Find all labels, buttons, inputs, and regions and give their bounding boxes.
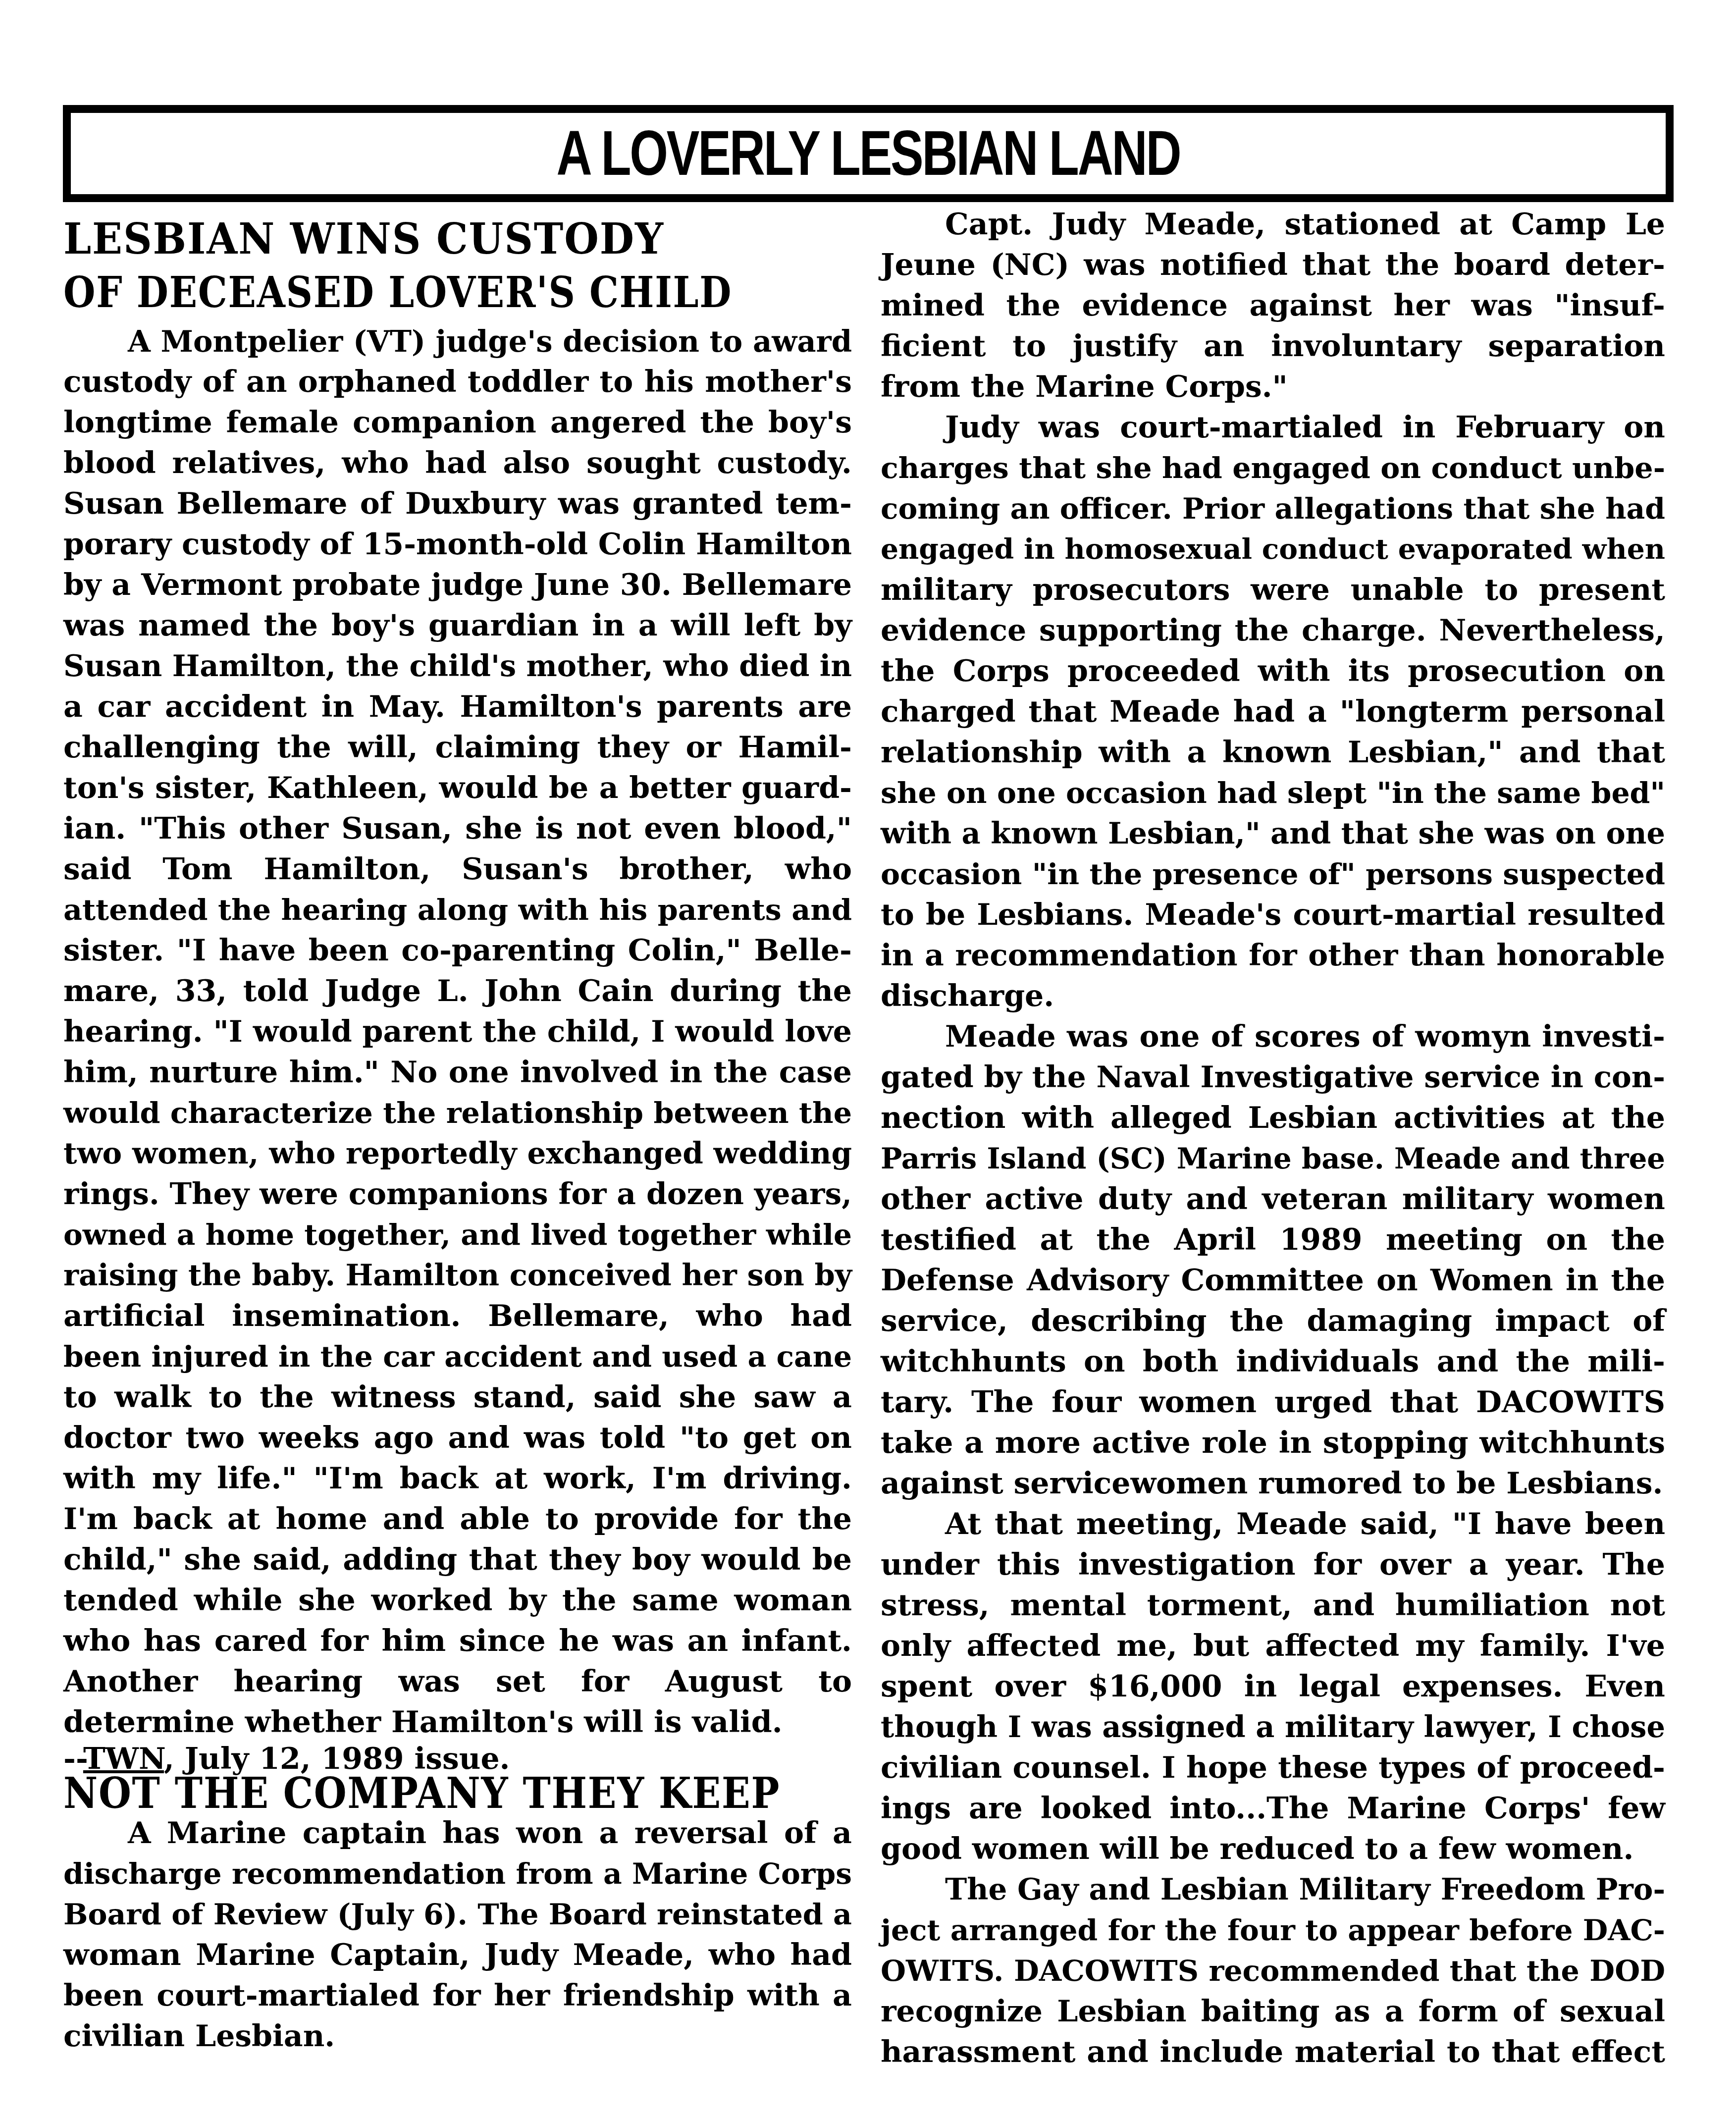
body-line: Jeune (NC) was notified that the board d…: [881, 245, 1665, 285]
body-line: engaged in homosexual conduct evaporated…: [881, 529, 1665, 570]
body-line: mined the evidence against her was "insu…: [881, 285, 1665, 326]
body-line: civilian Lesbian.: [63, 2016, 852, 2057]
body-line: rings. They were companions for a dozen …: [63, 1174, 852, 1215]
body-line: porary custody of 15-month-old Colin Ham…: [63, 524, 852, 565]
body-line: owned a home together, and lived togethe…: [63, 1215, 852, 1255]
body-line: longtime female companion angered the bo…: [63, 402, 852, 443]
body-line: Susan Bellemare of Duxbury was granted t…: [63, 483, 852, 524]
body-line: recognize Lesbian baiting as a form of s…: [881, 1991, 1665, 2032]
body-line: ject arranged for the four to appear bef…: [881, 1910, 1665, 1951]
body-line: coming an officer. Prior allegations tha…: [881, 488, 1665, 529]
body-line: tary. The four women urged that DACOWITS: [881, 1382, 1665, 1423]
body-line: take a more active role in stopping witc…: [881, 1423, 1665, 1463]
body-line: The Gay and Lesbian Military Freedom Pro…: [881, 1869, 1665, 1910]
body-line: only affected me, but affected my family…: [881, 1626, 1665, 1666]
body-line: Susan Hamilton, the child's mother, who …: [63, 646, 852, 687]
body-line: two women, who reportedly exchanged wedd…: [63, 1133, 852, 1174]
article1-headline-line1: LESBIAN WINS CUSTODY: [63, 218, 797, 261]
body-line: evidence supporting the charge. Neverthe…: [881, 610, 1665, 651]
body-line: charges that she had engaged on conduct …: [881, 448, 1665, 488]
body-line: under this investigation for over a year…: [881, 1544, 1665, 1585]
body-line: woman Marine Captain, Judy Meade, who ha…: [63, 1935, 852, 1975]
body-line: Defense Advisory Committee on Women in t…: [881, 1260, 1665, 1301]
body-line: hearing. "I would parent the child, I wo…: [63, 1011, 852, 1052]
body-line: to walk to the witness stand, said she s…: [63, 1377, 852, 1418]
body-line: with a known Lesbian," and that she was …: [881, 813, 1665, 854]
body-line: good women will be reduced to a few wome…: [881, 1829, 1665, 1869]
body-line: a car accident in May. Hamilton's parent…: [63, 687, 852, 727]
body-line: tended while she worked by the same woma…: [63, 1580, 852, 1621]
body-line: artificial insemination. Bellemare, who …: [63, 1296, 852, 1336]
body-line: witchhunts on both individuals and the m…: [881, 1341, 1665, 1382]
body-line: discharge.: [881, 976, 1665, 1016]
body-line: nection with alleged Lesbian activities …: [881, 1098, 1665, 1138]
body-line: challenging the will, claiming they or H…: [63, 727, 852, 768]
body-line: military prosecutors were unable to pres…: [881, 570, 1665, 610]
body-line: been injured in the car accident and use…: [63, 1336, 852, 1377]
body-line: Capt. Judy Meade, stationed at Camp Le: [881, 204, 1665, 245]
body-line: though I was assigned a military lawyer,…: [881, 1707, 1665, 1747]
body-line: harassment and include material to that …: [881, 2032, 1665, 2072]
body-line: the Corps proceeded with its prosecution…: [881, 651, 1665, 691]
body-line: gated by the Naval Investigative service…: [881, 1057, 1665, 1098]
body-line: civilian counsel. I hope these types of …: [881, 1747, 1665, 1788]
body-line: been court-martialed for her friendship …: [63, 1975, 852, 2016]
body-line: At that meeting, Meade said, "I have bee…: [881, 1504, 1665, 1544]
body-line: occasion "in the presence of" persons su…: [881, 854, 1665, 895]
body-line: ings are looked into...The Marine Corps'…: [881, 1788, 1665, 1829]
body-line: raising the baby. Hamilton conceived her…: [63, 1255, 852, 1296]
body-line: from the Marine Corps.": [881, 367, 1665, 407]
body-line: against servicewomen rumored to be Lesbi…: [881, 1463, 1665, 1504]
body-line: Another hearing was set for August to: [63, 1661, 852, 1702]
body-line: charged that Meade had a "longterm perso…: [881, 691, 1665, 732]
body-line: child," she said, adding that they boy w…: [63, 1539, 852, 1580]
body-line: mare, 33, told Judge L. John Cain during…: [63, 971, 852, 1011]
body-line: Parris Island (SC) Marine base. Meade an…: [881, 1138, 1665, 1179]
body-line: Board of Review (July 6). The Board rein…: [63, 1894, 852, 1935]
body-line: discharge recommendation from a Marine C…: [63, 1853, 852, 1894]
body-line: custody of an orphaned toddler to his mo…: [63, 362, 852, 402]
body-line: would characterize the relationship betw…: [63, 1093, 852, 1133]
body-line: Judy was court-martialed in February on: [881, 407, 1665, 448]
body-line: spent over $16,000 in legal expenses. Ev…: [881, 1666, 1665, 1707]
body-line: I'm back at home and able to provide for…: [63, 1499, 852, 1539]
body-line: doctor two weeks ago and was told "to ge…: [63, 1418, 852, 1458]
body-line: A Montpelier (VT) judge's decision to aw…: [63, 321, 852, 362]
body-line: OWITS. DACOWITS recommended that the DOD: [881, 1951, 1665, 1991]
body-line: ian. "This other Susan, she is not even …: [63, 808, 852, 849]
article2-headline: NOT THE COMPANY THEY KEEP: [63, 1772, 757, 1815]
body-line: stress, mental torment, and humiliation …: [881, 1585, 1665, 1626]
body-line: relationship with a known Lesbian," and …: [881, 732, 1665, 773]
body-line: other active duty and veteran military w…: [881, 1179, 1665, 1219]
body-line: ficient to justify an involuntary separa…: [881, 326, 1665, 367]
body-line: testified at the April 1989 meeting on t…: [881, 1219, 1665, 1260]
body-line: him, nurture him." No one involved in th…: [63, 1052, 852, 1093]
body-line: who has cared for him since he was an in…: [63, 1621, 852, 1661]
body-line: ton's sister, Kathleen, would be a bette…: [63, 768, 852, 808]
body-line: with my life." "I'm back at work, I'm dr…: [63, 1458, 852, 1499]
section-title: A LOVERLY LESBIAN LAND: [556, 122, 1180, 185]
body-line: service, describing the damaging impact …: [881, 1301, 1665, 1341]
body-line: sister. "I have been co-parenting Colin,…: [63, 930, 852, 971]
body-line: she on one occasion had slept "in the sa…: [881, 773, 1665, 813]
body-line: by a Vermont probate judge June 30. Bell…: [63, 565, 852, 605]
section-banner: A LOVERLY LESBIAN LAND: [63, 105, 1674, 202]
body-line: blood relatives, who had also sought cus…: [63, 443, 852, 483]
body-line: in a recommendation for other than honor…: [881, 935, 1665, 976]
body-line: to be Lesbians. Meade's court-martial re…: [881, 895, 1665, 935]
body-line: Meade was one of scores of womyn investi…: [881, 1016, 1665, 1057]
body-line: said Tom Hamilton, Susan's brother, who: [63, 849, 852, 890]
body-line: determine whether Hamilton's will is val…: [63, 1702, 852, 1743]
body-line: A Marine captain has won a reversal of a: [63, 1813, 852, 1853]
body-line: was named the boy's guardian in a will l…: [63, 605, 852, 646]
body-line: attended the hearing along with his pare…: [63, 890, 852, 930]
article1-headline-line2: OF DECEASED LOVER'S CHILD: [63, 271, 741, 314]
